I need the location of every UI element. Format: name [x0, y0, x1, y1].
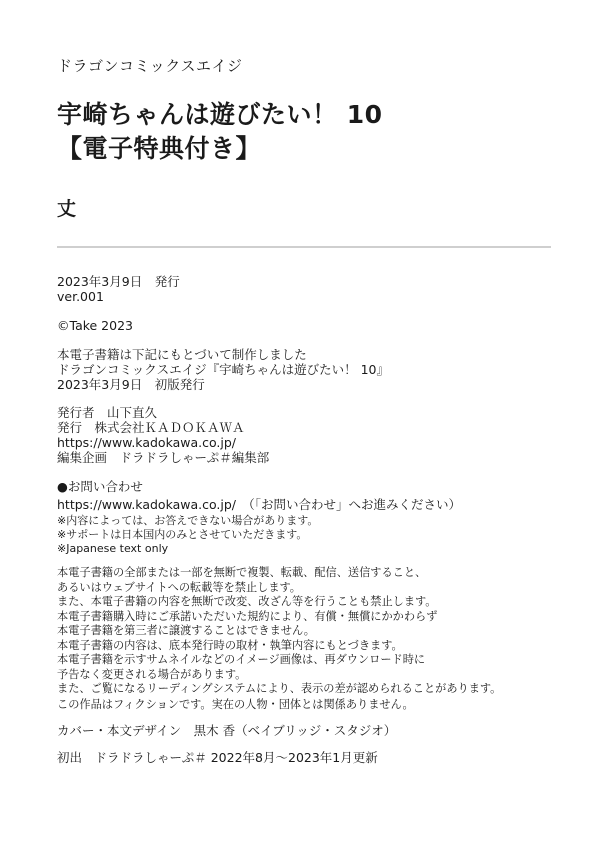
issue-date: 2023年3月9日 発行 [57, 274, 180, 289]
publisher-issuer: 発行者 山下直久 [57, 405, 157, 420]
source-line-1: 本電子書籍は下記にもとづいて制作しました [57, 347, 307, 362]
legal-line: 予告なく変更される場合があります。 [57, 668, 246, 683]
source-line-3: 2023年3月9日 初版発行 [57, 377, 205, 392]
book-title-line-2: 【電子特典付き】 [57, 132, 383, 166]
legal-line: また、ご覧になるリーディングシステムにより、表示の差が認められることがあります。 [57, 682, 501, 697]
inquiry-note: ※サポートは日本国内のみとさせていただきます。 [57, 528, 307, 541]
legal-line: 本電子書籍を第三者に譲渡することはできません。 [57, 624, 315, 639]
version: ver.001 [57, 289, 104, 304]
publisher-editing: 編集企画 ドラドラしゃーぷ＃編集部 [57, 450, 269, 465]
source-line-2: ドラゴンコミックスエイジ『宇崎ちゃんは遊びたい！ 10』 [57, 362, 389, 377]
author-name: 丈 [57, 197, 76, 221]
legal-line: 本電子書籍購入時にご承諾いただいた規約により、有償・無償にかかわらず [57, 610, 437, 625]
design-credit: カバー・本文デザイン 黒木 香（ベイブリッジ・スタジオ） [57, 723, 396, 738]
legal-line: 本電子書籍の全部または一部を無断で複製、転載、配信、送信すること、 [57, 566, 426, 581]
legal-line: 本電子書籍を示すサムネイルなどのイメージ画像は、再ダウンロード時に [57, 653, 425, 668]
inquiry-heading: ●お問い合わせ [57, 479, 143, 494]
divider [57, 246, 551, 248]
fiction-notice: この作品はフィクションです。実在の人物・団体とは関係ありません。 [57, 698, 414, 713]
book-title: 宇崎ちゃんは遊びたい！ 10 【電子特典付き】 [57, 98, 383, 166]
inquiry-url-line: https://www.kadokawa.co.jp/ （「お問い合わせ」へお進… [57, 497, 461, 512]
first-appearance: 初出 ドラドラしゃーぷ＃ 2022年8月～2023年1月更新 [57, 750, 378, 765]
book-title-line-1: 宇崎ちゃんは遊びたい！ 10 [57, 98, 383, 132]
publisher-url: https://www.kadokawa.co.jp/ [57, 435, 236, 450]
legal-line: 本電子書籍の内容は、底本発行時の取材・執筆内容にもとづきます。 [57, 639, 403, 654]
imprint-label: ドラゴンコミックスエイジ [57, 56, 243, 76]
inquiry-note: ※内容によっては、お答えできない場合があります。 [57, 514, 318, 527]
publisher-company: 発行 株式会社ＫＡＤＯＫＡＷＡ [57, 420, 245, 435]
legal-line: あるいはウェブサイトへの転載等を禁止します。 [57, 581, 301, 596]
legal-line: また、本電子書籍の内容を無断で改変、改ざん等を行うことも禁止します。 [57, 595, 436, 610]
copyright: ©Take 2023 [57, 318, 133, 333]
inquiry-note: ※Japanese text only [57, 542, 168, 555]
